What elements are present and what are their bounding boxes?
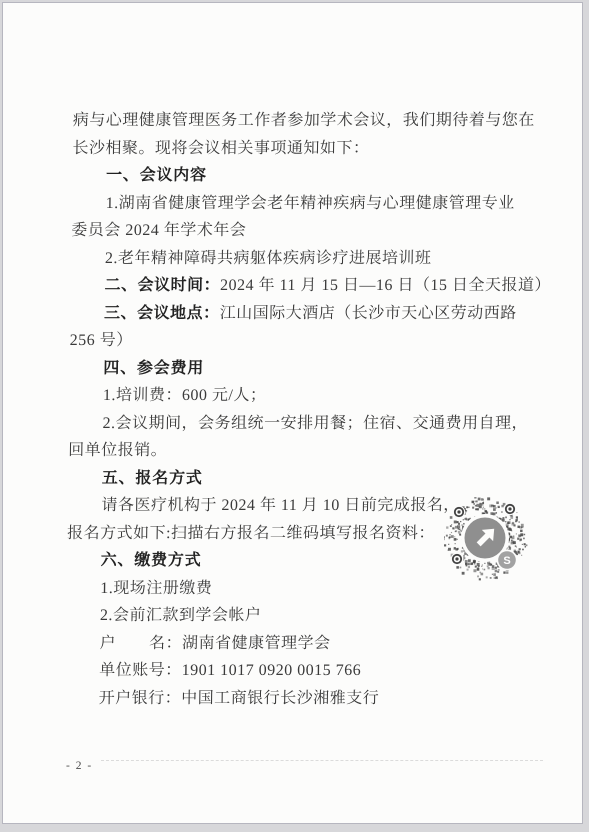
qr-dot (472, 507, 474, 509)
qr-dot (474, 497, 476, 499)
qr-dot (512, 536, 515, 539)
qr-dot (515, 521, 516, 522)
section-heading-inline: 三、会议地点： (104, 305, 220, 322)
qr-dot (516, 533, 517, 534)
qr-dot (515, 545, 516, 546)
section-heading-inline: 二、会议时间： (104, 277, 220, 294)
qr-dot (525, 546, 526, 547)
section-heading: 五、报名方式 (68, 465, 548, 493)
qr-dot (498, 507, 499, 508)
qr-dot (492, 565, 494, 567)
qr-dot (526, 544, 528, 546)
qr-eye-core (508, 507, 511, 510)
qr-dot (476, 504, 479, 507)
page-number: - 2 - (66, 760, 93, 772)
qr-dot (510, 516, 513, 519)
paragraph-line: 病与心理健康管理医务工作者参加学术会议，我们期待着与您在 (73, 107, 553, 135)
qr-dot (460, 521, 461, 522)
qr-dot (450, 525, 452, 527)
qr-dot (464, 518, 466, 520)
qr-dot (495, 570, 498, 573)
qr-dot (468, 563, 470, 565)
paragraph-text: 江山国际大酒店（长沙市天心区劳动西路 (220, 305, 517, 322)
document-page: 病与心理健康管理医务工作者参加学术会议，我们期待着与您在 长沙相聚。现将会议相关… (2, 2, 583, 824)
qr-dot (485, 510, 487, 512)
qr-dot (524, 534, 526, 536)
qr-dot (513, 535, 514, 536)
qr-dot (451, 524, 452, 525)
qr-dot (477, 508, 479, 510)
qr-dot (446, 535, 448, 537)
qr-dot (483, 507, 484, 508)
paragraph-line: 二、会议时间：2024 年 11 月 15 日—16 日（15 日全天报道） (70, 272, 550, 300)
qr-dot (463, 519, 464, 520)
qr-dot (463, 523, 465, 525)
qr-dot (463, 557, 465, 559)
qr-dot (492, 574, 493, 575)
qr-dot (519, 526, 522, 529)
qr-dot (449, 536, 451, 538)
qr-dot (483, 499, 484, 500)
qr-dot (449, 534, 450, 535)
qr-dot (448, 544, 449, 545)
qr-dot (516, 516, 518, 518)
qr-dot (524, 543, 526, 545)
qr-dot (490, 577, 492, 579)
qr-dot (487, 565, 489, 567)
qr-dot (517, 551, 519, 553)
paragraph-line: 单位账号：1901 1017 0920 0015 766 (65, 657, 545, 685)
scan-artifact-line (101, 760, 543, 761)
qr-dot (473, 503, 475, 505)
qr-dot (482, 502, 484, 504)
qr-dot (477, 563, 480, 566)
qr-dot (459, 529, 460, 530)
qr-dot (468, 507, 469, 508)
paragraph-text: 2024 年 11 月 15 日—16 日（15 日全天报道） (220, 277, 551, 294)
qr-dot (497, 571, 499, 573)
qr-dot (462, 572, 465, 575)
qr-dot (487, 497, 490, 500)
qr-eye-core (457, 510, 460, 513)
qr-dot (514, 550, 516, 552)
qr-dot (473, 560, 476, 563)
qr-dot (523, 538, 525, 540)
paragraph-line: 2.老年精神障碍共病躯体疾病诊疗进展培训班 (71, 245, 551, 273)
qr-dot (495, 576, 498, 579)
qr-dot (466, 506, 468, 508)
qr-dot (482, 508, 484, 510)
qr-dot (465, 563, 467, 565)
paragraph-line: 2.会前汇款到学会帐户 (66, 602, 546, 630)
qr-dot (516, 512, 517, 513)
qr-dot (474, 563, 476, 565)
qr-dot (520, 530, 522, 532)
qr-dot (502, 517, 504, 519)
qr-dot (472, 501, 474, 503)
qr-dot (454, 521, 457, 524)
qr-dot (477, 568, 480, 571)
qr-dot (484, 563, 485, 564)
qr-dot (509, 519, 510, 520)
qr-dot (458, 531, 461, 534)
qr-dot (520, 533, 523, 536)
qr-dot (475, 505, 476, 506)
qr-dot (444, 544, 446, 546)
paragraph-line: 长沙相聚。现将会议相关事项通知如下： (72, 135, 552, 163)
qr-dot (455, 526, 458, 529)
qr-dot (461, 550, 463, 552)
paragraph-line: 户 名：湖南省健康管理学会 (65, 630, 545, 658)
qr-dot (482, 564, 483, 565)
qr-dot (517, 538, 519, 540)
paragraph-line: 三、会议地点：江山国际大酒店（长沙市天心区劳动西路 (70, 300, 550, 328)
registration-qr-code: S (444, 497, 530, 585)
qr-dot (506, 523, 509, 526)
paragraph-line: 2.会议期间，会务组统一安排用餐；住宿、交通费用自理， (68, 410, 548, 438)
qr-dot (473, 569, 476, 572)
document-body: 病与心理健康管理医务工作者参加学术会议，我们期待着与您在 长沙相聚。现将会议相关… (65, 107, 553, 712)
qr-dot (479, 578, 481, 580)
qr-dot (455, 530, 457, 532)
qr-dot (481, 566, 482, 567)
qr-dot (455, 543, 456, 544)
qr-dot (509, 547, 511, 549)
qr-dot (468, 559, 471, 562)
qr-dot (461, 524, 463, 526)
qr-dot (487, 562, 490, 565)
qr-dot (486, 576, 488, 578)
paragraph-line: 委员会 2024 年学术年会 (71, 217, 551, 245)
qr-dot (519, 548, 521, 550)
qr-dot (513, 524, 515, 526)
qr-eye-core (455, 557, 458, 560)
qr-dot (450, 516, 453, 519)
qr-dot (522, 549, 524, 551)
qr-dot (475, 566, 477, 568)
qr-dot (449, 538, 450, 539)
qr-dot (505, 516, 507, 518)
scanned-page-background: 病与心理健康管理医务工作者参加学术会议，我们期待着与您在 长沙相聚。现将会议相关… (0, 0, 589, 832)
qr-dot (490, 564, 492, 566)
qr-dot (456, 566, 459, 569)
section-heading: 一、会议内容 (72, 162, 552, 190)
qr-dot (488, 567, 490, 569)
qr-dot (493, 573, 496, 576)
qr-dot (518, 521, 519, 522)
qr-dot (507, 528, 510, 531)
qr-dot (506, 572, 508, 574)
qr-dot (467, 569, 469, 571)
qr-dot (477, 575, 479, 577)
qr-dot (468, 566, 470, 568)
qr-dot (503, 503, 506, 506)
qr-dot (465, 560, 468, 563)
qr-dot (511, 542, 514, 545)
qr-dot (479, 572, 481, 574)
qr-dot (444, 536, 445, 538)
qr-dot (472, 563, 473, 564)
qr-logo-letter: S (503, 555, 510, 567)
qr-dot (511, 530, 512, 531)
qr-dot (496, 501, 499, 504)
qr-dot (482, 568, 483, 569)
paragraph-line: 回单位报销。 (68, 437, 548, 465)
qr-dot (512, 522, 514, 524)
qr-dot (459, 534, 461, 536)
qr-dot (454, 547, 456, 549)
qr-dot (505, 521, 506, 522)
qr-dot (453, 527, 455, 529)
qr-dot (454, 538, 457, 541)
qr-dot (463, 555, 465, 557)
qr-dot (474, 501, 476, 503)
section-heading: 四、参会费用 (69, 355, 549, 383)
qr-dot (501, 511, 503, 513)
paragraph-line: 1.湖南省健康管理学会老年精神疾病与心理健康管理专业 (71, 190, 551, 218)
qr-dot (522, 544, 523, 545)
paragraph-line: 256 号） (70, 327, 550, 355)
qr-dot (454, 536, 455, 537)
qr-dot (460, 567, 462, 569)
paragraph-line: 开户银行：中国工商银行长沙湘雅支行 (65, 685, 545, 713)
qr-dot (498, 569, 500, 571)
qr-dot (458, 523, 460, 525)
paragraph-line: 1.培训费：600 元/人； (69, 382, 549, 410)
qr-dot (446, 526, 448, 528)
qr-dot (457, 539, 458, 540)
qr-dot (484, 569, 486, 571)
qr-dot (516, 554, 518, 556)
qr-dot (478, 498, 481, 501)
qr-dot (457, 548, 459, 550)
qr-dot (451, 535, 454, 538)
qr-dot (508, 521, 511, 524)
qr-dot (520, 539, 522, 541)
qr-dot (496, 512, 497, 513)
qr-dot (491, 505, 494, 508)
qr-dot (484, 508, 485, 509)
qr-dot (448, 548, 451, 551)
qr-dot (521, 555, 522, 556)
qr-dot (460, 530, 461, 531)
qr-dot (493, 513, 496, 516)
qr-dot (451, 532, 452, 533)
qr-dot (495, 567, 497, 569)
qr-dot (493, 508, 496, 511)
qr-dot (503, 571, 505, 573)
qr-dot (466, 565, 467, 566)
